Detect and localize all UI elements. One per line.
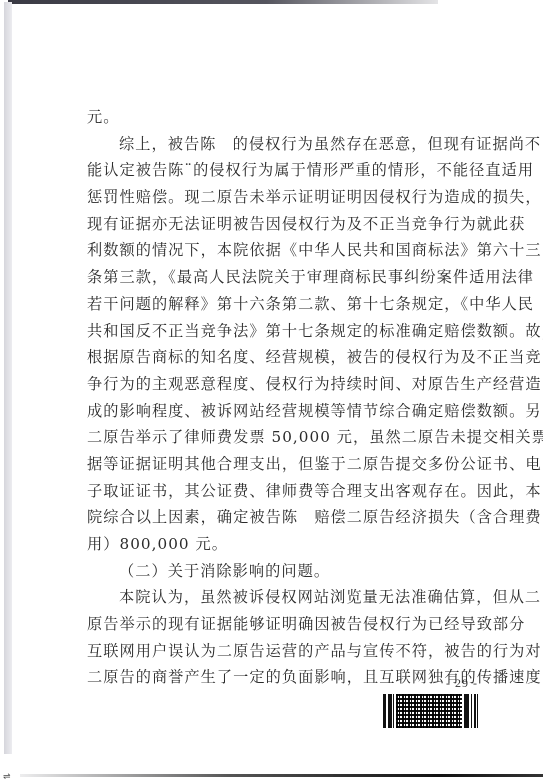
text-line: 二原告举示了律师费发票 50,000 元，虽然二原告未提交相关票	[87, 424, 481, 451]
text-line: 本院认为，虽然被诉侵权网站浏览量无法准确估算，但从二	[87, 584, 481, 611]
text-line: 争行为的主观恶意程度、侵权行为持续时间、对原告生产经营造	[87, 371, 481, 398]
text-line: 若干问题的解释》第十六条第二款、第十七条规定，《中华人民	[87, 291, 481, 318]
text-line: 子取证证书，其公证费、律师费等合理支出客观存在。因此，本	[87, 478, 481, 505]
document-body: 元。 综上，被告陈 的侵权行为虽然存在恶意，但现有证据尚不 能认定被告陈¨的侵权…	[87, 104, 481, 691]
text-line: 元。	[87, 104, 481, 131]
scan-bottom-edge	[20, 774, 543, 777]
text-line: 综上，被告陈 的侵权行为虽然存在恶意，但现有证据尚不	[87, 131, 481, 158]
scan-corner-mark: ⇌	[3, 772, 11, 782]
text-line: 条第三款，《最高人民法院关于审理商标民事纠纷案件适用法律	[87, 264, 481, 291]
text-line: 能认定被告陈¨的侵权行为属于情形严重的情形，不能径直适用	[87, 157, 481, 184]
barcode-icon	[383, 694, 487, 728]
text-line: 成的影响程度、被诉网站经营规模等情节综合确定赔偿数额。另	[87, 398, 481, 425]
text-line: 据等证据证明其他合理支出，但鉴于二原告提交多份公证书、电	[87, 451, 481, 478]
scan-left-edge	[4, 2, 12, 754]
section-heading: （二）关于消除影响的问题。	[87, 558, 481, 585]
text-line: 院综合以上因素，确定被告陈 赔偿二原告经济损失（含合理费	[87, 504, 481, 531]
text-line: 惩罚性赔偿。现二原告未举示证明证明因侵权行为造成的损失，	[87, 184, 481, 211]
text-line: 二原告的商誉产生了一定的负面影响，且互联网独有的传播速度	[87, 664, 481, 691]
text-line: 利数额的情况下，本院依据《中华人民共和国商标法》第六十三	[87, 237, 481, 264]
text-line: 用）800,000 元。	[87, 531, 481, 558]
page-number: - 29 -	[446, 676, 478, 691]
text-line: 共和国反不正当竞争法》第十七条规定的标准确定赔偿数额。故，	[87, 318, 481, 345]
text-line: 原告举示的现有证据能够证明确因被告侵权行为已经导致部分	[87, 611, 481, 638]
text-line: 根据原告商标的知名度、经营规模，被告的侵权行为及不正当竞	[87, 344, 481, 371]
text-line: 现有证据亦无法证明被告因侵权行为及不正当竞争行为就此获	[87, 211, 481, 238]
text-line: 互联网用户误认为二原告运营的产品与宣传不符，被告的行为对	[87, 638, 481, 665]
